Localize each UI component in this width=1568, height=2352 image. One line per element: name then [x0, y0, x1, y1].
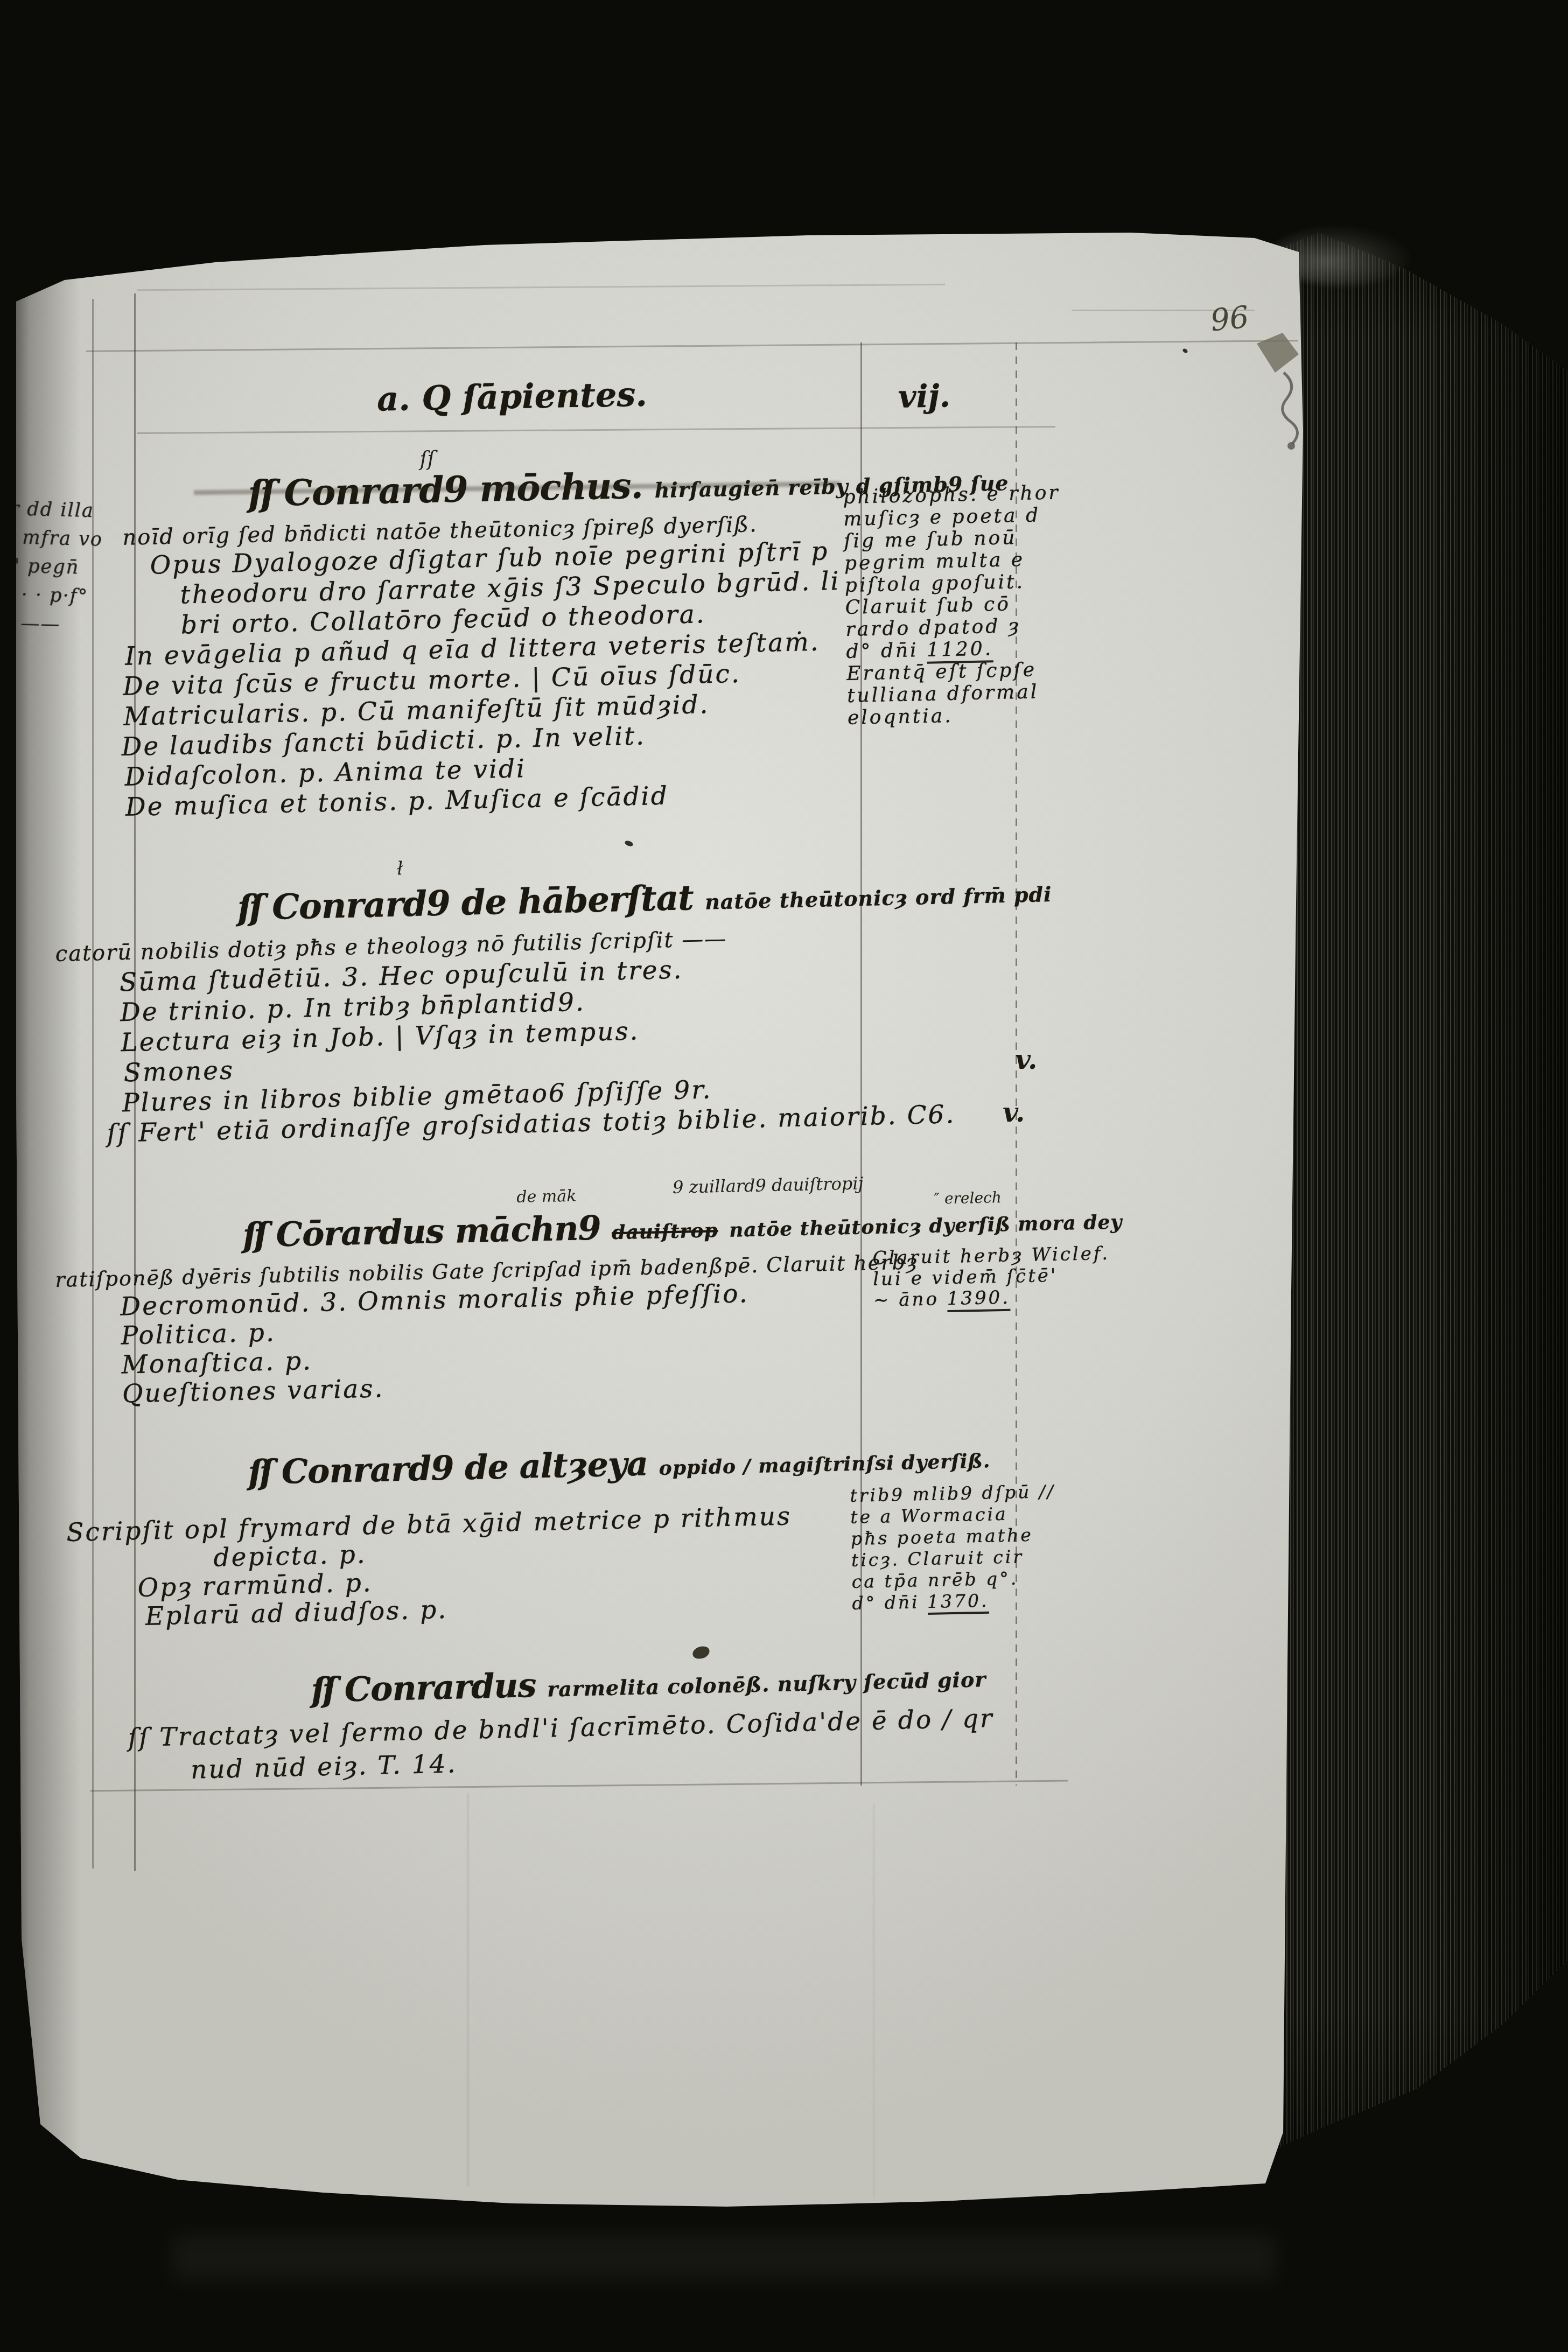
v-mark-2: v.: [1003, 1096, 1025, 1128]
left-margin-note-line: her dd illa: [0, 494, 87, 526]
right-margin-note: trib9 mlib9 dſpū //te a Wormaciapħs poet…: [850, 1480, 1084, 1614]
page-header-title: a. Q ſāpientes.: [376, 375, 647, 419]
left-margin-note-line: m6 · · p·f°: [0, 580, 85, 611]
margin-note-line: eloqntia.: [848, 702, 1096, 729]
page-header-quire-number: vij.: [898, 377, 950, 415]
right-margin-note: philozophs. e rhormuſicȝ e poeta dſig me…: [843, 481, 1095, 729]
author-name: Conrard9 de hāberſtat: [271, 878, 694, 928]
ruled-line-header-top: [86, 340, 1298, 352]
ruled-line-header-bottom: [137, 426, 1055, 434]
interlinear-note: ł: [397, 858, 403, 879]
left-margin-notes: her dd illa? d mfra vomē' pegn̄m6 · · p·…: [0, 494, 87, 640]
interlinear-note: de māk: [516, 1187, 577, 1207]
struck-word: dauiſtrop: [612, 1219, 718, 1244]
pilcrow-mark: ſſ: [242, 1215, 265, 1255]
table-reflection: [172, 2235, 1276, 2280]
interlinear-note: ″ erelech: [934, 1188, 1002, 1208]
interlinear-note: ſſ: [419, 447, 435, 471]
interlinear-note: 9 zuillard9 dauiſtropij: [673, 1173, 864, 1198]
heading-annex: natōe theūtonicȝ ord frm̄ pdi: [705, 882, 1052, 914]
ink-speck-1: [624, 840, 634, 848]
v-mark-1: v.: [1015, 1044, 1037, 1075]
author-name: Cōrardus māchn9: [276, 1208, 601, 1255]
paper-crease-1: [467, 1793, 468, 2186]
heading-annex: rarmelita colonēß. nuſkry ſecūd gior: [547, 1667, 986, 1701]
entry-conradus-monachus: ſſ Conrard9 mōchus. hirſaugien̄ reīby d …: [116, 457, 930, 823]
photograph-of-manuscript: a. Q ſāpientes. vij. 96 her dd illa? d m…: [0, 0, 1568, 2352]
author-name: Conrardus: [344, 1665, 536, 1709]
pilcrow-mark: ſſ: [311, 1670, 334, 1710]
left-margin-note-line: ? d mfra vo: [0, 523, 87, 554]
heading-annex: oppido / magiſtrinſsi dyerſiß.: [659, 1450, 990, 1480]
left-margin-note-line: mē' pegn̄: [0, 551, 86, 583]
author-name: Conrard9 de altȝeya: [281, 1444, 648, 1491]
pilcrow-mark: ſſ: [248, 1452, 271, 1492]
entry-conradus-carmelita: ſſ Conrardus rarmelita colonēß. nuſkry ſ…: [110, 1650, 1060, 1789]
heading-annex: natōe theūtonicȝ dyerſiß mora dey: [729, 1210, 1123, 1241]
left-margin-note-line: y' · ——: [0, 608, 84, 640]
pilcrow-mark: ſſ: [237, 887, 261, 928]
paper-crease-2: [873, 1804, 874, 2197]
ink-speck-3: [1182, 348, 1188, 354]
right-margin-note: Claruit herbȝ Wiclef.lui e videm̄ ſc̄tē'…: [872, 1243, 1100, 1311]
entry-conradus-de-haberstat: ſſ Conrard9 de hāberſtat natōe theūtonic…: [54, 867, 1061, 1150]
ruled-line-top: [137, 284, 945, 291]
